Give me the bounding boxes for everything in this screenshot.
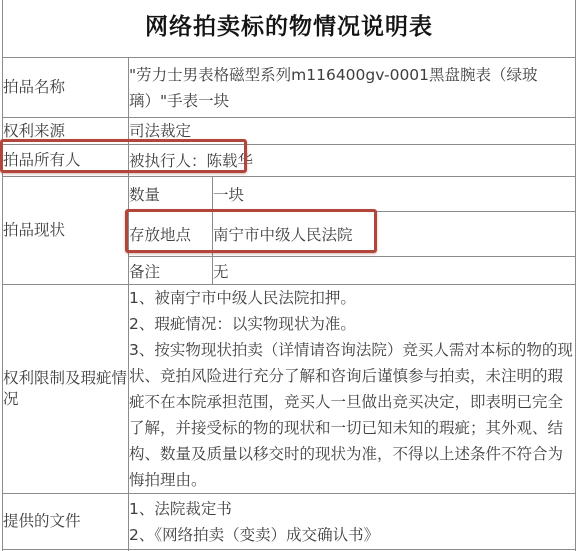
remark-value: 无	[213, 257, 576, 285]
restriction-line: 2、瑕疵情况：以实物现状为准。	[129, 311, 575, 337]
item-name-value: "劳力士男表格磁型系列m116400gv-0001黑盘腕表（绿玻璃）"手表一块	[129, 58, 576, 118]
auction-item-table: 网络拍卖标的物情况说明表 拍品名称 "劳力士男表格磁型系列m116400gv-0…	[2, 0, 576, 551]
rights-source-label: 权利来源	[3, 118, 129, 145]
remark-label: 备注	[129, 257, 213, 285]
page-title: 网络拍卖标的物情况说明表	[3, 12, 575, 43]
location-label: 存放地点	[129, 212, 213, 257]
item-name-label: 拍品名称	[3, 58, 129, 118]
quantity-label: 数量	[129, 177, 213, 212]
documents-label: 提供的文件	[3, 494, 129, 550]
owner-value: 被执行人：陈载华	[129, 145, 576, 177]
restrictions-value: 1、被南宁市中级人民法院扣押。 2、瑕疵情况：以实物现状为准。 3、按实物现状拍…	[129, 285, 576, 494]
quantity-value: 一块	[213, 177, 576, 212]
restriction-line: 3、按实物现状拍卖（详情请咨询法院）竞买人需对本标的物的现状、竞拍风险进行充分了…	[129, 337, 575, 493]
title-cell: 网络拍卖标的物情况说明表	[3, 0, 576, 58]
document-line: 2、《网络拍卖（变卖）成交确认书》	[129, 522, 575, 548]
document-line: 1、法院裁定书	[129, 496, 575, 522]
status-label: 拍品现状	[3, 177, 129, 285]
rights-source-value: 司法裁定	[129, 118, 576, 145]
owner-label: 拍品所有人	[3, 145, 129, 177]
documents-value: 1、法院裁定书 2、《网络拍卖（变卖）成交确认书》	[129, 494, 576, 550]
restrictions-label: 权利限制及瑕疵情况	[3, 285, 129, 494]
auction-item-description-document: 网络拍卖标的物情况说明表 拍品名称 "劳力士男表格磁型系列m116400gv-0…	[0, 0, 577, 551]
restriction-line: 1、被南宁市中级人民法院扣押。	[129, 285, 575, 311]
location-value: 南宁市中级人民法院	[213, 212, 576, 257]
